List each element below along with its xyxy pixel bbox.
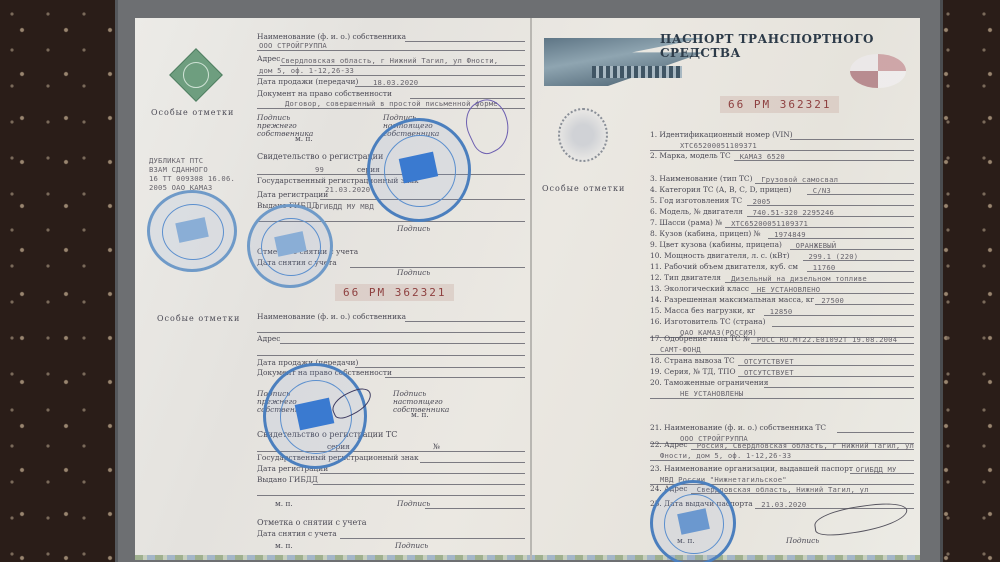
mp-label-3: м. п. xyxy=(275,499,293,508)
owner-value: ООО СТРОЙГРУППА xyxy=(259,41,327,50)
issued-value: ОГИБДД МУ МВД xyxy=(315,202,374,211)
special-marks-label: Особые отметки xyxy=(151,108,234,117)
rule xyxy=(385,377,525,378)
company-seal-stamp-2 xyxy=(263,363,367,469)
address-value-1: Свердловская область, г Нижний Тагил, ул… xyxy=(281,56,498,65)
special-marks-label-2: Особые отметки xyxy=(157,314,240,323)
field-value: ОГИБДД МУ xyxy=(856,465,897,474)
rule xyxy=(257,355,525,356)
field-label: 9. Цвет кузова (кабины, прицепа) xyxy=(650,240,782,249)
reg-cert-series: 99 xyxy=(315,165,324,174)
field-label: 11. Рабочий объем двигателя, куб. см xyxy=(650,262,798,271)
rule xyxy=(837,432,914,433)
rule xyxy=(340,538,525,539)
field-value: 740.51-320 2295246 xyxy=(753,208,835,217)
field-label: 16. Изготовитель ТС (страна) xyxy=(650,317,765,326)
rule xyxy=(355,86,525,87)
rule xyxy=(257,495,525,496)
field-label: 14. Разрешенная максимальная масса, кг xyxy=(650,295,814,304)
field-value: 1974849 xyxy=(774,230,806,239)
field-label: 5. Год изготовления ТС xyxy=(650,196,742,205)
field-label: 21. Наименование (ф. и. о.) собственника… xyxy=(650,423,826,432)
field-value: НЕ УСТАНОВЛЕНО xyxy=(757,285,820,294)
field-value: ОРАНЖЕВЫЙ xyxy=(796,241,837,250)
left-page: Особые отметки ДУБЛИКАТ ПТС ВЗАМ СДАННОГ… xyxy=(135,18,530,560)
reg-cert-label: Свидетельство о регистрации xyxy=(257,152,383,161)
mp-label: м. п. xyxy=(295,134,313,143)
issued-label-2: Выдано ГИБДД xyxy=(257,475,318,484)
field-label: 19. Серия, № ТД, ТПО xyxy=(650,367,736,376)
ownership-doc-value: Договор, совершенный в простой письменно… xyxy=(285,99,498,108)
rule xyxy=(405,321,525,322)
field-label: 12. Тип двигателя xyxy=(650,273,721,282)
mp-label-4: м. п. xyxy=(275,541,293,550)
gibdd-seal-stamp-2 xyxy=(247,204,333,288)
rule xyxy=(257,332,525,333)
rule xyxy=(280,343,525,344)
field-value: 299.1 (220) xyxy=(809,252,859,261)
sign-label-right: Подпись xyxy=(786,536,819,545)
rule xyxy=(425,508,525,509)
rule xyxy=(772,326,914,327)
signature-3 xyxy=(813,500,910,539)
field-label: 10. Мощность двигателя, л. с. (кВт) xyxy=(650,251,790,260)
sign-label-3: Подпись xyxy=(397,499,430,508)
field-value: 11760 xyxy=(813,263,836,272)
ownership-doc-label: Документ на право собственности xyxy=(257,89,392,98)
gibdd-seal-stamp-3 xyxy=(650,480,736,562)
number-label-2: № xyxy=(433,442,440,451)
field-value-cont: Фности, дом 5, оф. 1-12,26-33 xyxy=(660,451,791,460)
field-label: 15. Масса без нагрузки, кг xyxy=(650,306,755,315)
right-page: ПАСПОРТ ТРАНСПОРТНОГО СРЕДСТВА 66 РМ 362… xyxy=(532,18,920,560)
field-value: ОТСУТСТВУЕТ xyxy=(744,357,794,366)
serial-number-left: 66 РМ 362321 xyxy=(335,284,454,301)
field-label: 18. Страна вывоза ТС xyxy=(650,356,735,365)
field-value: 27500 xyxy=(821,296,844,305)
security-emblem-icon xyxy=(169,48,223,102)
special-marks-label-right: Особые отметки xyxy=(542,184,625,193)
field-label: 3. Наименование (тип ТС) xyxy=(650,174,752,183)
sign-label-2: Подпись xyxy=(397,268,430,277)
rule xyxy=(650,460,914,461)
field-value: 12850 xyxy=(770,307,793,316)
field-value: 2005 xyxy=(753,197,771,206)
field-label: 8. Кузов (кабина, прицеп) № xyxy=(650,229,761,238)
owner-label: Наименование (ф. и. о.) собственника xyxy=(257,32,406,41)
sale-date-label: Дата продажи (передачи) xyxy=(257,77,358,86)
rule xyxy=(405,41,525,42)
rule xyxy=(320,473,525,474)
field-label: 20. Таможенные ограничения xyxy=(650,378,768,387)
field-value: КАМАЗ 6520 xyxy=(740,152,785,161)
sign-label: Подпись xyxy=(397,224,430,233)
rule xyxy=(747,205,914,206)
rule xyxy=(313,484,525,485)
field-label: 4. Категория ТС (А, В, С, D, прицеп) xyxy=(650,185,791,194)
field-label: 22. Адрес xyxy=(650,440,688,449)
rule xyxy=(350,267,525,268)
rule xyxy=(764,387,914,388)
rule xyxy=(650,398,914,399)
field-value: 21.03.2020 xyxy=(761,500,806,509)
field-value: РОСС RU.МТ22.Е01092Т 19.08.2004 xyxy=(757,335,897,344)
serial-number: 66 РМ 362321 xyxy=(720,96,839,113)
rule xyxy=(650,354,914,355)
dereg-label-2: Отметка о снятии с учета xyxy=(257,518,366,527)
dereg-date-label-2: Дата снятия с учета xyxy=(257,529,337,538)
mp-label-2: м. п. xyxy=(411,410,429,419)
vehicle-passport-document: Особые отметки ДУБЛИКАТ ПТС ВЗАМ СДАННОГ… xyxy=(135,18,920,560)
rule xyxy=(790,139,914,140)
rule xyxy=(257,75,525,76)
field-label: 17. Одобрение типа ТС № xyxy=(650,334,750,343)
rule xyxy=(257,50,525,51)
field-value: Дизельный на дизельном топливе xyxy=(731,274,867,283)
field-label: 23. Наименование организации, выдавшей п… xyxy=(650,464,853,473)
address-label: Адрес xyxy=(257,54,280,63)
field-label: 13. Экологический класс xyxy=(650,284,749,293)
banner-guilloche xyxy=(592,66,682,78)
field-value: ОТСУТСТВУЕТ xyxy=(744,368,794,377)
reg-date-value: 21.03.2020 xyxy=(325,185,370,194)
sign-label-4: Подпись xyxy=(395,541,428,550)
company-seal-stamp xyxy=(367,118,471,222)
address-label-2: Адрес xyxy=(257,334,280,343)
field-value: XTC65200051109371 xyxy=(680,141,757,150)
field-value: С/N3 xyxy=(813,186,831,195)
address-value-2: дом 5, оф. 1-12,26-33 xyxy=(259,66,354,75)
field-value: XTC65200051109371 xyxy=(731,219,808,228)
field-label: 2. Марка, модель ТС xyxy=(650,151,731,160)
truck-emblem-icon xyxy=(850,54,906,88)
field-label: 6. Модель, № двигателя xyxy=(650,207,743,216)
rule xyxy=(420,462,525,463)
gibdd-seal-stamp xyxy=(147,190,237,272)
field-value: Грузовой самосвал xyxy=(761,175,838,184)
duplicate-note: ДУБЛИКАТ ПТС ВЗАМ СДАННОГО 16 ТТ 009308 … xyxy=(149,156,235,192)
owner-label-2: Наименование (ф. и. о.) собственника xyxy=(257,312,406,321)
field-value-cont: САМТ-ФОНД xyxy=(660,345,701,354)
field-label: 1. Идентификационный номер (VIN) xyxy=(650,130,793,139)
reg-date-label: Дата регистрации xyxy=(257,190,328,199)
field-value: Россия, Свердловская область, г Нижний Т… xyxy=(697,441,914,450)
coat-of-arms-icon xyxy=(558,108,608,162)
field-label: 7. Шасси (рама) № xyxy=(650,218,722,227)
field-value: НЕ УСТАНОВЛЕНЫ xyxy=(680,389,743,398)
